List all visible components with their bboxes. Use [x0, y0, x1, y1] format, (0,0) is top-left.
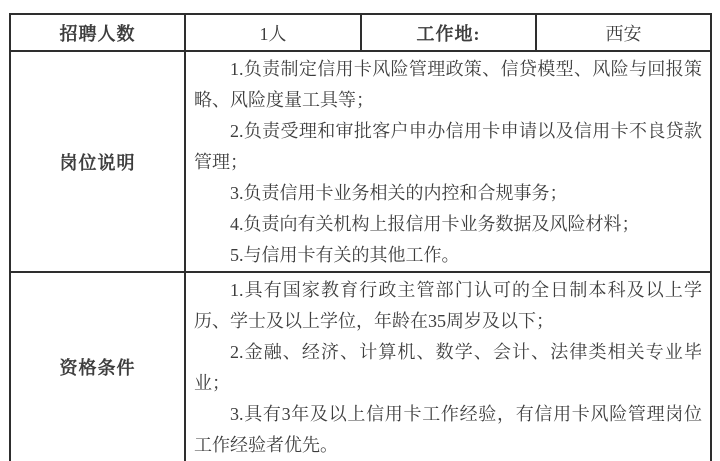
recruit-count-value: 1人 [185, 14, 361, 51]
job-description-item: 3.负责信用卡业务相关的内控和合规事务； [194, 178, 702, 209]
qualifications-row: 资格条件 1.具有国家教育行政主管部门认可的全日制本科及以上学历、学士及以上学位… [10, 272, 711, 461]
job-description-item: 5.与信用卡有关的其他工作。 [194, 240, 702, 271]
recruit-count-label: 招聘人数 [10, 14, 185, 51]
job-description-item: 2.负责受理和审批客户申办信用卡申请以及信用卡不良贷款管理； [194, 116, 702, 178]
work-location-value: 西安 [536, 14, 711, 51]
qualifications-item: 1.具有国家教育行政主管部门认可的全日制本科及以上学历、学士及以上学位，年龄在3… [194, 275, 702, 337]
qualifications-item: 3.具有3年及以上信用卡工作经验，有信用卡风险管理岗位工作经验者优先。 [194, 399, 702, 461]
job-posting-table: 招聘人数 1人 工作地: 西安 岗位说明 1.负责制定信用卡风险管理政策、信贷模… [9, 13, 712, 461]
qualifications-content: 1.具有国家教育行政主管部门认可的全日制本科及以上学历、学士及以上学位，年龄在3… [185, 272, 711, 461]
job-description-item: 1.负责制定信用卡风险管理政策、信贷模型、风险与回报策略、风险度量工具等； [194, 54, 702, 116]
qualifications-label: 资格条件 [10, 272, 185, 461]
job-description-content: 1.负责制定信用卡风险管理政策、信贷模型、风险与回报策略、风险度量工具等； 2.… [185, 51, 711, 272]
job-description-row: 岗位说明 1.负责制定信用卡风险管理政策、信贷模型、风险与回报策略、风险度量工具… [10, 51, 711, 272]
qualifications-item: 2.金融、经济、计算机、数学、会计、法律类相关专业毕业； [194, 337, 702, 399]
work-location-label: 工作地: [361, 14, 536, 51]
job-description-item: 4.负责向有关机构上报信用卡业务数据及风险材料； [194, 209, 702, 240]
header-row: 招聘人数 1人 工作地: 西安 [10, 14, 711, 51]
job-description-label: 岗位说明 [10, 51, 185, 272]
